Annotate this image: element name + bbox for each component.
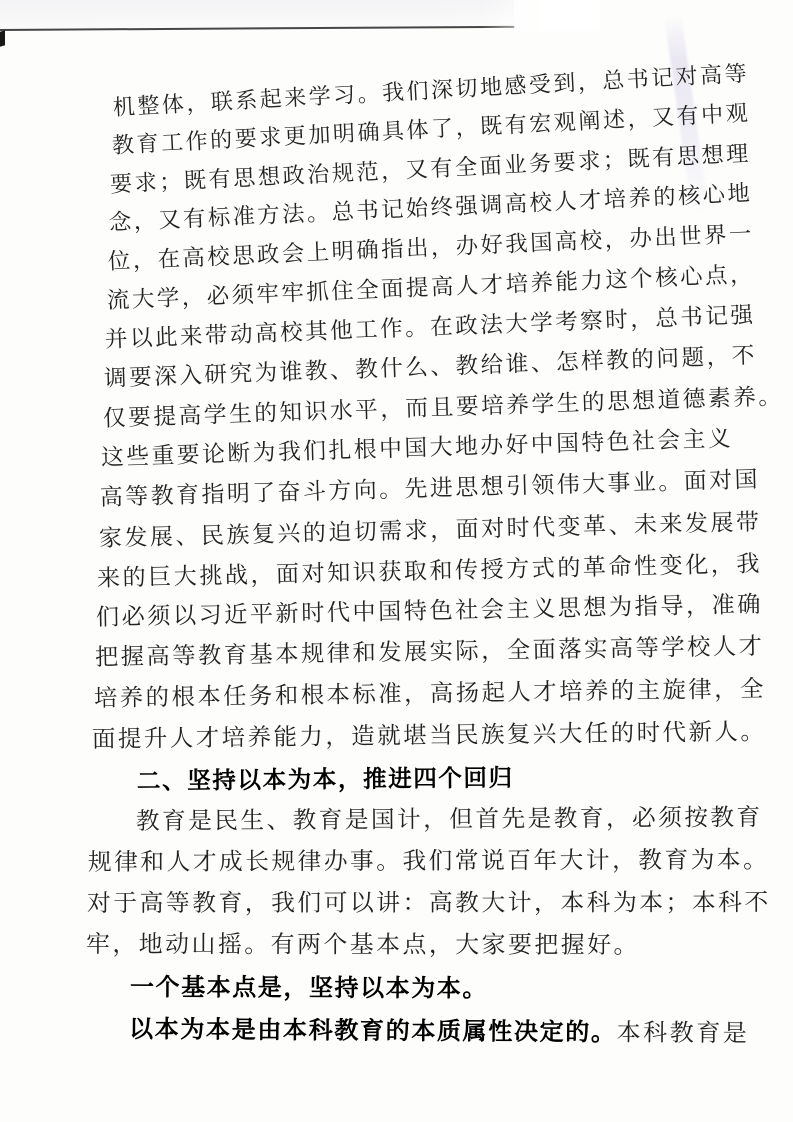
body-text-segment: 这些重要论断为我们扎根中国大地办好中国特色社会主义 [101, 426, 734, 470]
scan-lid-shadow [0, 0, 514, 31]
text-line: 把握高等教育基本规律和发展实际，全面落实高等学校人才 [95, 636, 765, 671]
heading-line: 二、坚持以本为本，推进四个回归 [137, 766, 514, 794]
body-text-segment: 并以此来带动高校其他工作。在政法大学考察时，总书记强 [105, 302, 756, 352]
text-line: 仅要提高学生的知识水平，而且要培养学生的思想道德素养。 [102, 385, 783, 430]
body-text-segment: 牢，地动山摇。有两个基本点，大家要把握好。 [86, 932, 640, 959]
body-text-segment: 本科教育是 [617, 1020, 750, 1047]
body-text-segment: 规律和人才成长规律办事。我们常说百年大计，教育为本。 [88, 847, 769, 876]
text-line: 来的巨大挑战，面对知识获取和传授方式的革命性变化，我 [97, 552, 762, 590]
bold-text-segment: 一个基本点是，坚持以本为本。 [130, 974, 488, 1003]
scanned-document-screenshot: { "meta": { "type": "scanned-document-pa… [0, 0, 793, 1122]
scan-edge-mark [0, 30, 5, 47]
bold-text-segment: 二、坚持以本为本，推进四个回归 [137, 764, 514, 793]
body-text-segment: 高等教育指明了奋斗方向。先进思想引领伟大事业。面对国 [100, 467, 761, 510]
body-text-segment: 调要深入研究为谁教、教什么、教给谁、怎样教的问题，不 [103, 343, 757, 391]
scan-lid-shadow-fade [480, 0, 600, 31]
heading-line: 一个基本点是，坚持以本为本。 [130, 976, 488, 1002]
text-line: 调要深入研究为谁教、教什么、教给谁、怎样教的问题，不 [103, 345, 757, 391]
text-line: 牢，地动山摇。有两个基本点，大家要把握好。 [86, 934, 640, 959]
body-text-segment: 来的巨大挑战，面对知识获取和传授方式的革命性变化，我 [97, 550, 762, 591]
text-line: 并以此来带动高校其他工作。在政法大学考察时，总书记强 [105, 304, 756, 351]
paper-page: 机整体，联系起来学习。我们深切地感受到，总书记对高等教育工作的要求更加明确具体了… [0, 0, 793, 1122]
text-line: 规律和人才成长规律办事。我们常说百年大计，教育为本。 [88, 849, 769, 875]
text-line: 培养的根本任务和根本标准，高扬起人才培养的主旋律，全 [93, 678, 765, 711]
body-text-segment: 仅要提高学生的知识水平，而且要培养学生的思想道德素养。 [102, 383, 783, 430]
text-line: 家发展、民族复兴的迫切需求，面对时代变革、未来发展带 [98, 510, 761, 549]
text-line: 对于高等教育，我们可以讲：高教大计，本科为本；本科不 [87, 892, 771, 917]
heading-line: 以本为本是由本科教育的本质属性决定的。本科教育是 [129, 1018, 750, 1046]
body-text-segment: 家发展、民族复兴的迫切需求，面对时代变革、未来发展带 [98, 509, 761, 551]
bold-text-segment: 以本为本是由本科教育的本质属性决定的。 [129, 1016, 617, 1046]
body-text-segment: 培养的根本任务和根本标准，高扬起人才培养的主旋律，全 [93, 676, 765, 712]
text-line: 教育是民生、教育是国计，但首先是教育，必须按教育 [136, 807, 763, 835]
text-line: 高等教育指明了奋斗方向。先进思想引领伟大事业。面对国 [100, 469, 761, 510]
body-text-segment: 面提升人才培养能力，造就堪当民族复兴大任的时代新人。 [92, 719, 767, 753]
text-line: 们必须以习近平新时代中国特色社会主义思想为指导，准确 [96, 594, 763, 630]
text-line: 面提升人才培养能力，造就堪当民族复兴大任的时代新人。 [92, 721, 767, 752]
body-text-segment: 们必须以习近平新时代中国特色社会主义思想为指导，准确 [96, 592, 763, 631]
body-text-segment: 把握高等教育基本规律和发展实际，全面落实高等学校人才 [95, 634, 765, 671]
body-text-segment: 对于高等教育，我们可以讲：高教大计，本科为本；本科不 [87, 890, 771, 917]
text-line: 这些重要论断为我们扎根中国大地办好中国特色社会主义 [101, 428, 734, 470]
body-text-segment: 教育是民生、教育是国计，但首先是教育，必须按教育 [136, 805, 763, 835]
